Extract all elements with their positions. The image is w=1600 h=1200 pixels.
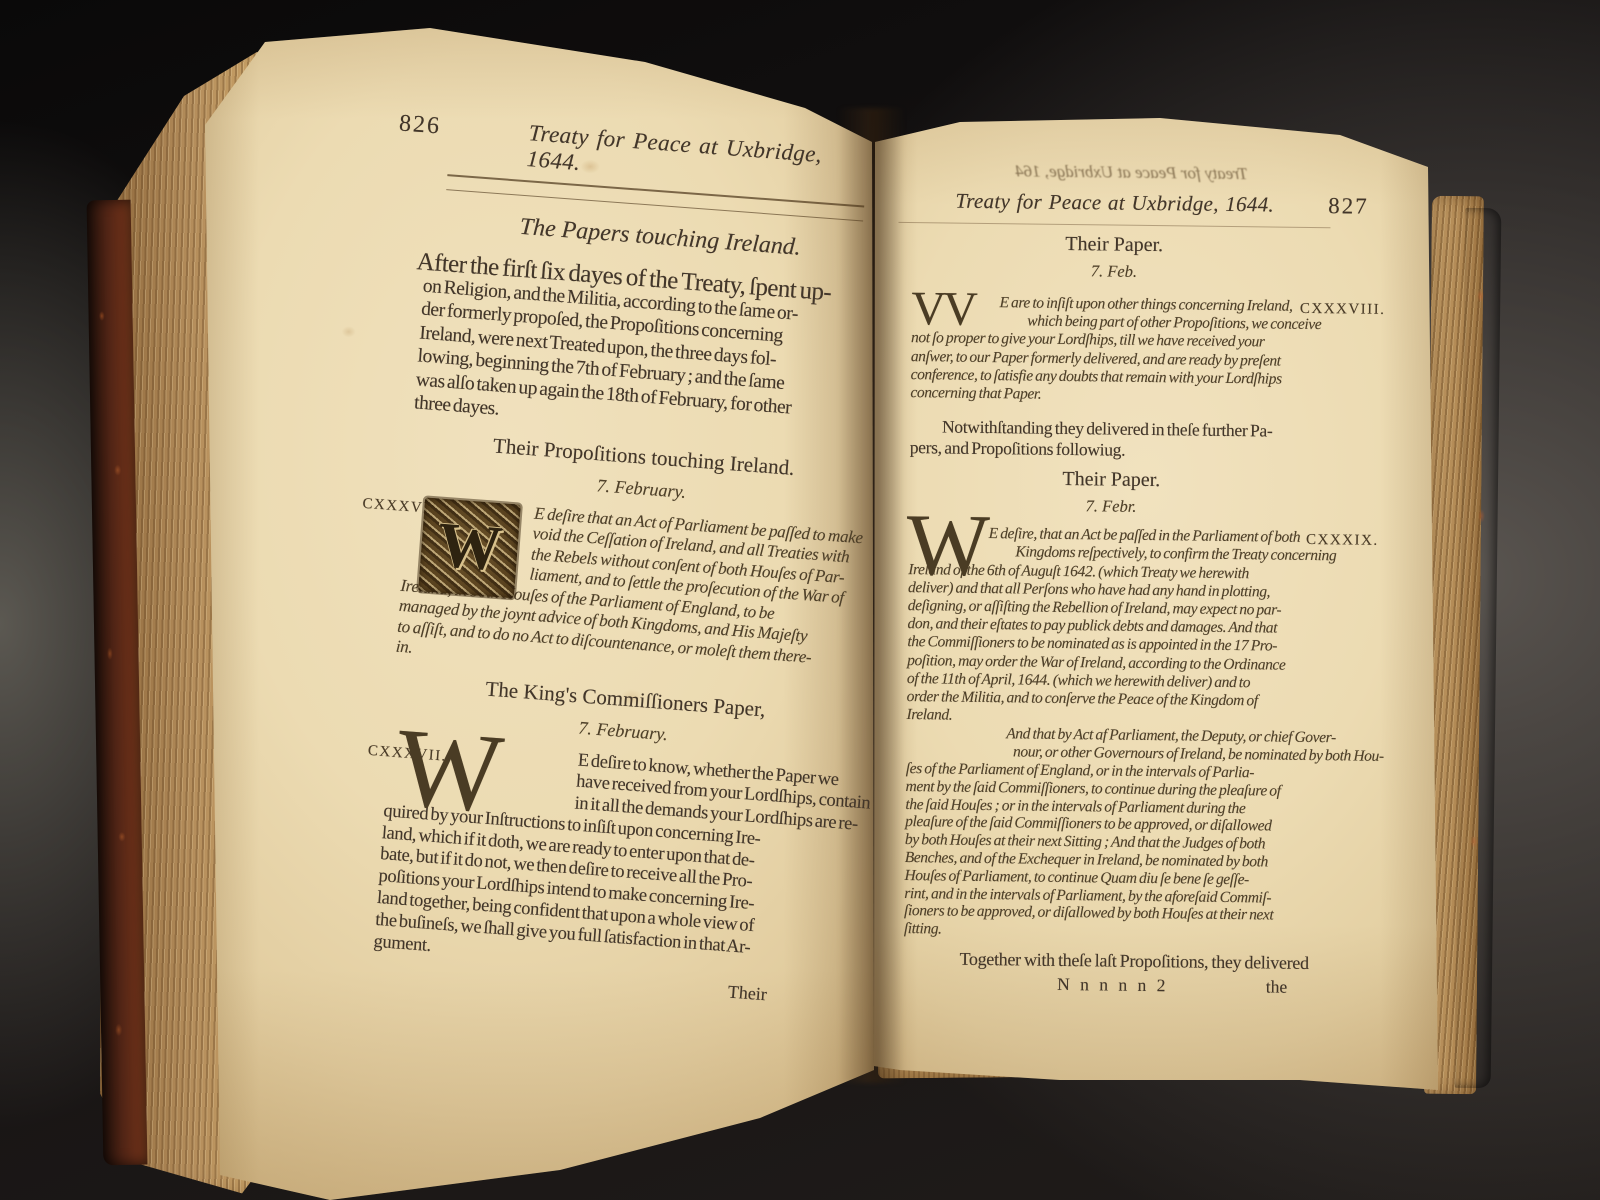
date-heading-feb: 7. Feb. (904, 259, 1324, 284)
margin-number-cxxxviii: CXXXVIII. (1300, 300, 1386, 319)
signature-mark: N n n n n 2 (895, 972, 1168, 995)
subheading-their-paper-2: Their Paper. (901, 466, 1321, 495)
page-number-826: 826 (398, 110, 442, 140)
paragraph-cxxxvi: CXXXVI. W E deſire that an Act of Parlia… (353, 490, 844, 690)
subheading-their-paper-1: Their Paper. (904, 231, 1324, 260)
left-page-content: 826 Treaty for Peace at Uxbridge, 1644. … (329, 98, 874, 1010)
running-header-right: Treaty for Peace at Uxbridge, 1644. (955, 189, 1274, 217)
initial-vv: VV (911, 289, 975, 330)
header-rule (898, 222, 1330, 228)
closing-line: Together with theſe laſt Propoſitions, t… (895, 948, 1315, 975)
paragraph-cxxxvii: CXXXVII. W E deſire to know, whether the… (331, 733, 826, 986)
right-running-head-row: Treaty for Peace at Uxbridge, 164 Treaty… (905, 188, 1325, 221)
margin-number-cxxxix: CXXXIX. (1306, 531, 1379, 550)
paragraph-cxxxix-second: And that by Act af Parliament, the Deput… (896, 724, 1319, 943)
note-paragraph: Notwithſtanding they delivered in theſe … (902, 416, 1322, 463)
page-number-827: 827 (1328, 193, 1369, 219)
show-through-text: Treaty for Peace at Uxbridge, 164 (1015, 161, 1248, 184)
photo-of-open-book: 826 Treaty for Peace at Uxbridge, 1644. … (0, 0, 1600, 1200)
ornate-initial-w: W (418, 497, 521, 598)
catchword-the: the (1266, 976, 1288, 997)
paragraph-cxxxix: CXXXIX. W E deſire, that an Act be paſſe… (896, 524, 1321, 943)
drop-cap-w-left: W (394, 727, 501, 814)
paragraph-cxxxviii: CXXXVIII. VV E are to inſiſt upon other … (902, 293, 1323, 407)
drop-cap-w-right: W (906, 516, 987, 577)
right-page-content: Treaty for Peace at Uxbridge, 164 Treaty… (895, 182, 1325, 999)
intro-paragraph: After the firſt ſix dayes of the Treaty,… (371, 248, 862, 448)
